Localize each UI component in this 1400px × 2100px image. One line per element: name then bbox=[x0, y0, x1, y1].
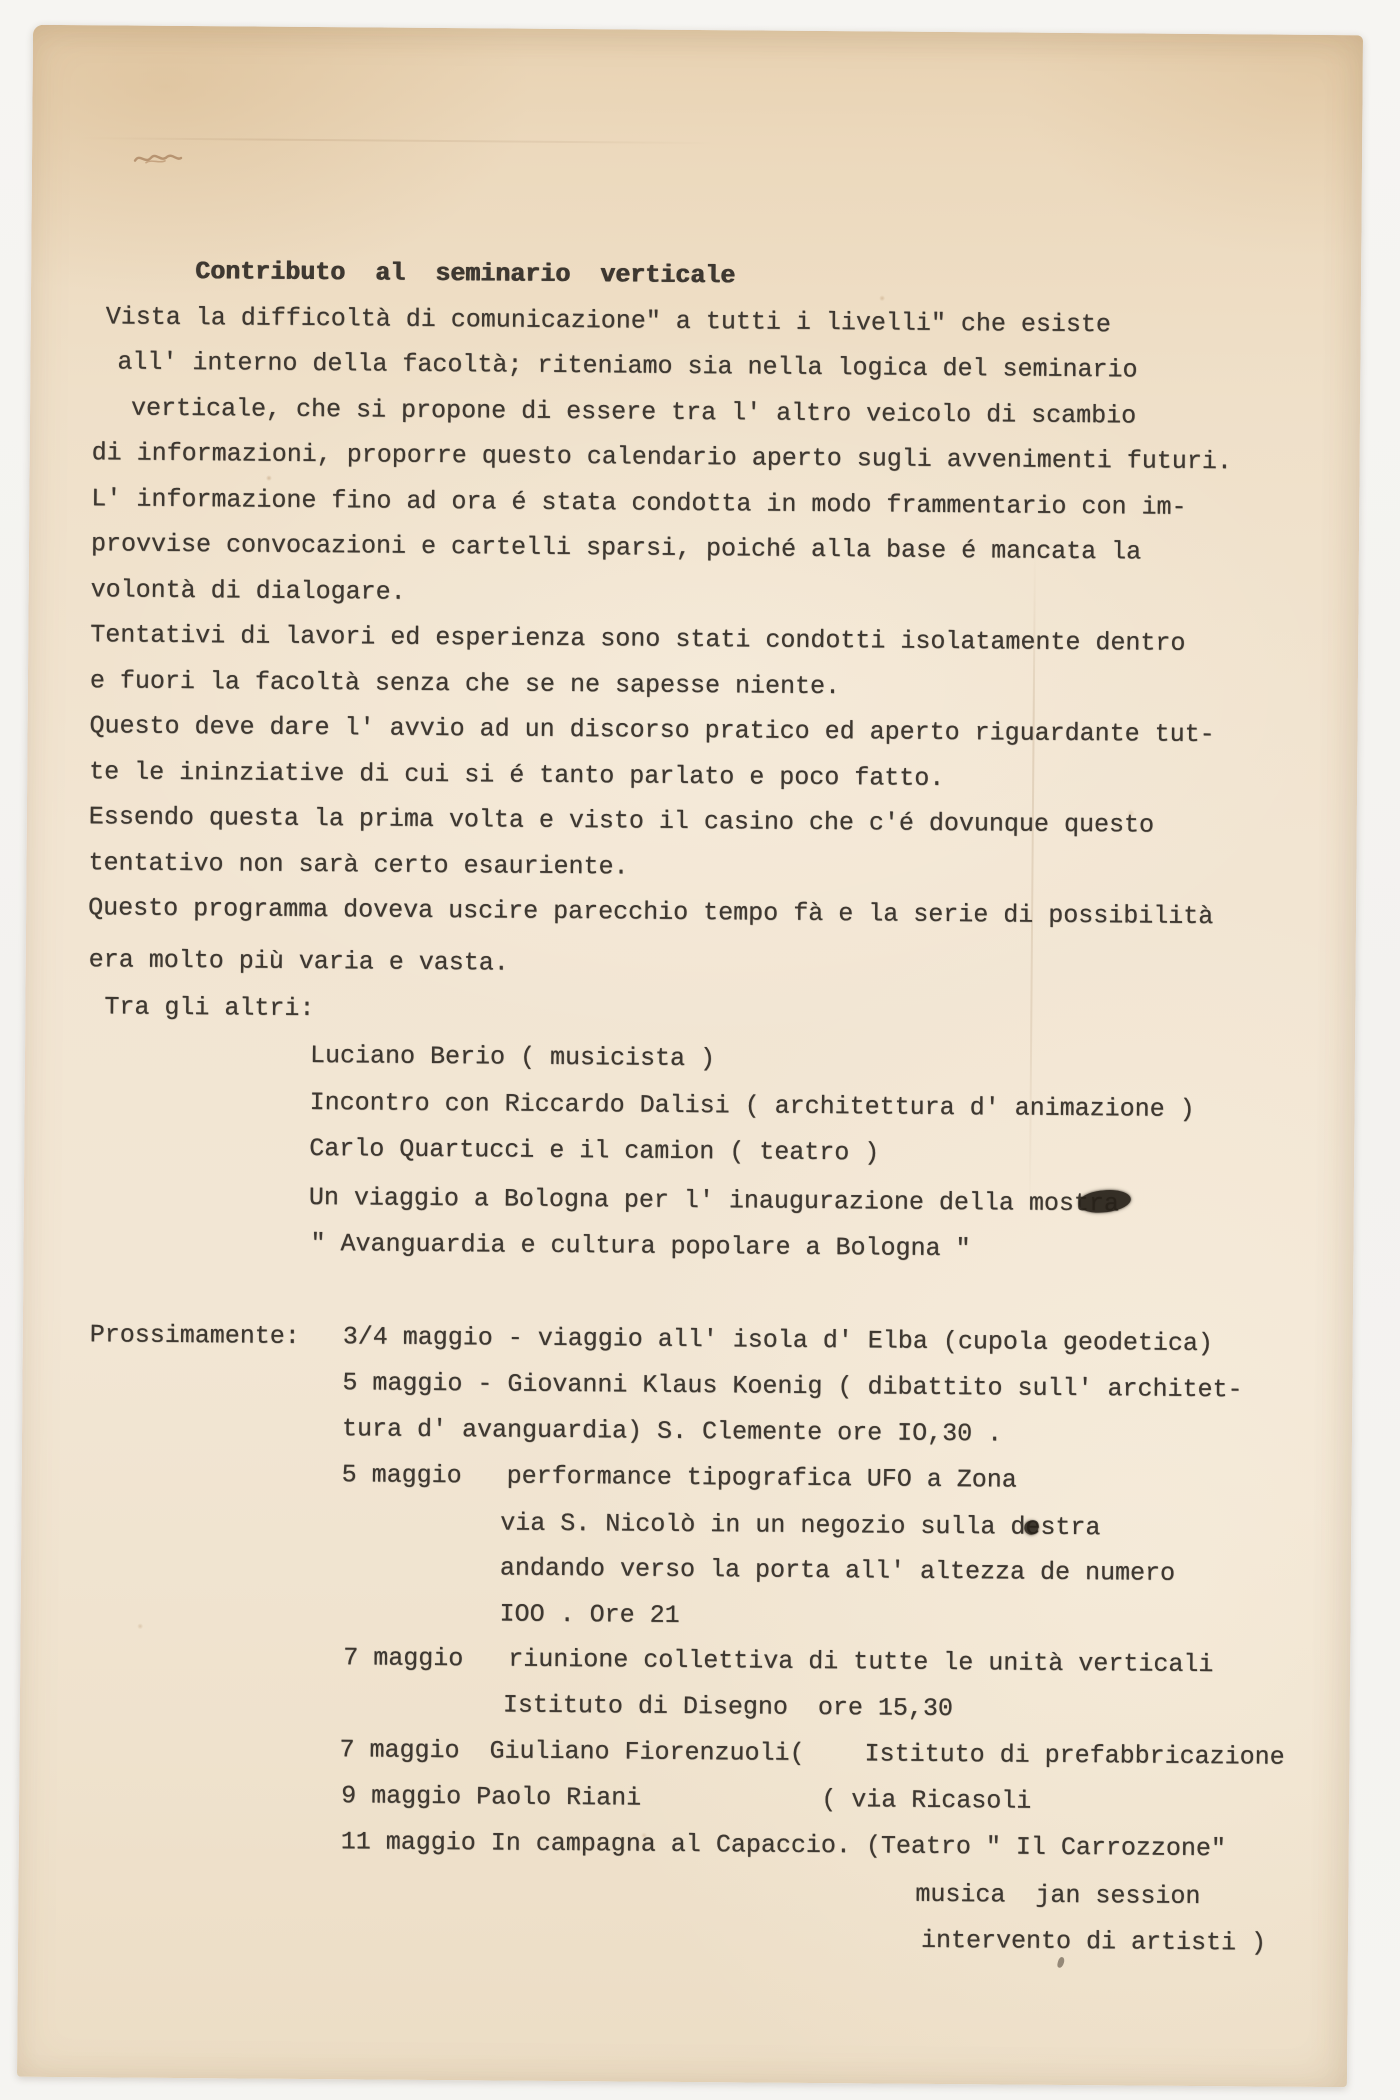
typewritten-line: verticale, che si propone di essere tra … bbox=[131, 396, 1136, 429]
typewritten-line: all' interno della facoltà; riteniamo si… bbox=[117, 349, 1137, 382]
typewritten-text-layer: Contributo al seminario verticaleVista l… bbox=[33, 25, 1363, 35]
pencil-scribble-mark bbox=[132, 148, 184, 170]
typewritten-line: 5 maggio performance tipografica UFO a Z… bbox=[342, 1462, 1017, 1492]
title-line: Contributo al seminario verticale bbox=[195, 259, 735, 288]
typewritten-line: Questo deve dare l' avvio ad un discorso… bbox=[89, 713, 1214, 747]
typewritten-line: Incontro con Riccardo Dalisi ( architett… bbox=[310, 1090, 1195, 1122]
typewritten-line: Questo programma doveva uscire parecchio… bbox=[88, 895, 1213, 929]
typewritten-line: provvise convocazioni e cartelli sparsi,… bbox=[91, 531, 1141, 564]
typewritten-line: era molto più varia e vasta. bbox=[89, 947, 509, 975]
typewritten-line: 11 maggio In campagna al Capaccio. (Teat… bbox=[341, 1829, 1226, 1861]
typewritten-line: andando verso la porta all' altezza de n… bbox=[500, 1556, 1175, 1586]
typewritten-line: Essendo questa la prima volta e visto il… bbox=[89, 804, 1154, 837]
typewritten-line: te le ininziative di cui si é tanto parl… bbox=[89, 759, 944, 791]
typewritten-line: e fuori la facoltà senza che se ne sapes… bbox=[90, 668, 840, 699]
typewritten-line: Tra gli altri: bbox=[104, 994, 314, 1021]
typewritten-line: intervento di artisti ) bbox=[921, 1928, 1266, 1956]
typewritten-line: Prossimamente: bbox=[90, 1322, 300, 1349]
typewritten-line: Carlo Quartucci e il camion ( teatro ) bbox=[309, 1136, 879, 1165]
scan-background: Contributo al seminario verticaleVista l… bbox=[0, 0, 1400, 2100]
typewritten-line: IOO . Ore 21 bbox=[500, 1602, 680, 1628]
typewritten-line: volontà di dialogare. bbox=[91, 577, 406, 604]
document-page: Contributo al seminario verticaleVista l… bbox=[17, 25, 1363, 2087]
typewritten-line: via S. Nicolò in un negozio sulla destra bbox=[500, 1511, 1100, 1541]
typewritten-line: Tentativi di lavori ed esperienza sono s… bbox=[90, 622, 1185, 656]
typewritten-line: L' informazione fino ad ora é stata cond… bbox=[91, 486, 1186, 520]
scribble-icon bbox=[132, 148, 184, 170]
typewritten-line: Un viaggio a Bologna per l' inaugurazion… bbox=[309, 1185, 1119, 1216]
typewritten-line: di informazioni, proporre questo calenda… bbox=[92, 440, 1232, 474]
typewritten-line: 7 maggio Giuliano Fiorenzuoli( Istituto … bbox=[339, 1737, 1284, 1769]
typewritten-line: Istituto di Disegno ore 15,30 bbox=[503, 1693, 953, 1722]
typewritten-line: " Avanguardia e cultura popolare a Bolog… bbox=[310, 1231, 970, 1261]
typewritten-line: Vista la difficoltà di comunicazione" a … bbox=[106, 304, 1111, 337]
typewritten-line: Luciano Berio ( musicista ) bbox=[310, 1043, 715, 1071]
typewritten-line: tentativo non sarà certo esauriente. bbox=[88, 850, 628, 879]
typewritten-line: 9 maggio Paolo Riani ( via Ricasoli bbox=[341, 1783, 1031, 1813]
typewritten-line: 5 maggio - Giovanni Klaus Koenig ( dibat… bbox=[342, 1370, 1242, 1402]
typewritten-line: 7 maggio riunione collettiva di tutte le… bbox=[343, 1645, 1213, 1677]
typewritten-line: tura d' avanguardia) S. Clemente ore IO,… bbox=[342, 1416, 1002, 1446]
paper-crease-horizontal bbox=[77, 137, 717, 144]
ink-dot bbox=[1024, 1521, 1038, 1535]
typewritten-line: musica jan session bbox=[915, 1882, 1200, 1909]
ink-speck bbox=[1057, 1956, 1066, 1968]
typewritten-line: 3/4 maggio - viaggio all' isola d' Elba … bbox=[343, 1324, 1213, 1356]
